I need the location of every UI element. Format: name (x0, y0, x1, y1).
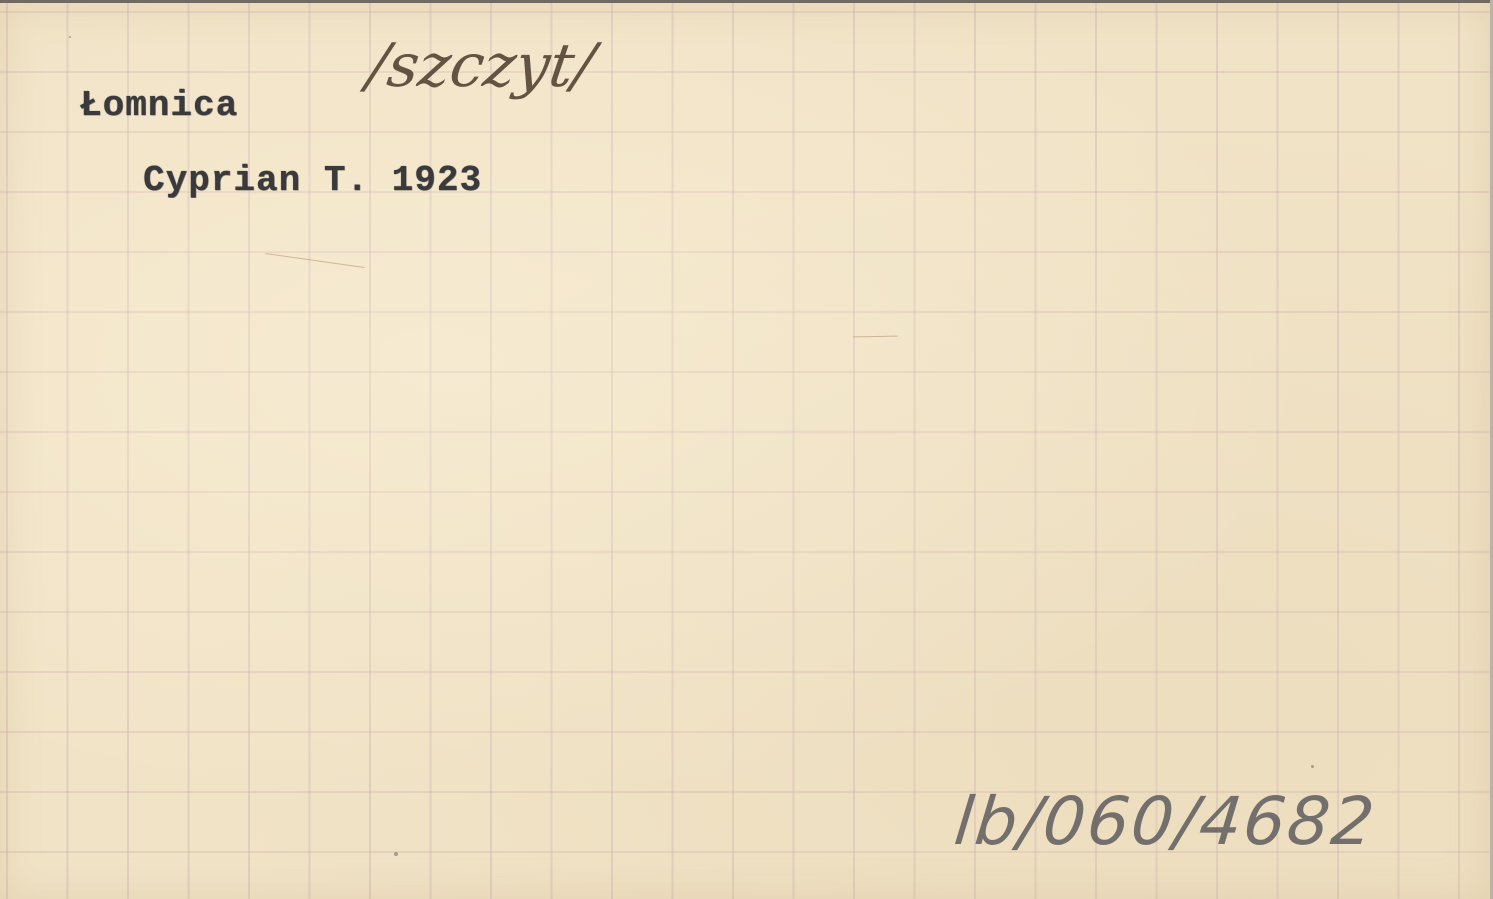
paper-speck (1311, 765, 1314, 768)
paper-fiber (853, 336, 898, 338)
reference-number: lb/060/4682 (951, 783, 1380, 860)
place-name: Łomnica (80, 85, 238, 126)
paper-fiber (265, 253, 364, 268)
person-entry: Cyprian T. 1923 (143, 160, 482, 201)
index-card: Łomnica Cyprian T. 1923 /szczyt/ lb/060/… (0, 3, 1490, 899)
paper-speck (69, 36, 71, 38)
handwritten-annotation: /szczyt/ (363, 31, 599, 101)
paper-speck (394, 852, 398, 856)
